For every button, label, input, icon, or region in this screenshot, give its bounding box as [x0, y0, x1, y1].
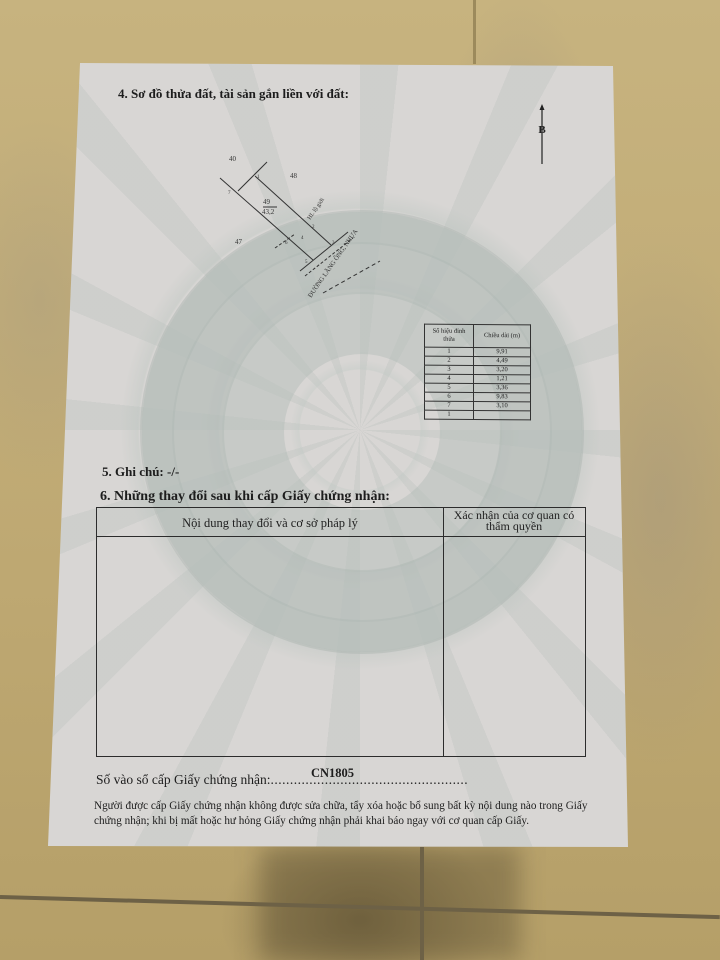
registry-label: Số vào sổ cấp Giấy chứng nhận: — [96, 772, 271, 787]
vertex-length-table: Số hiệu đỉnh thửa Chiều dài (m) 19,91 24… — [424, 324, 531, 421]
section-5-note: 5. Ghi chú: -/- — [102, 464, 179, 480]
svg-text:ĐƯỜNG LÃNG ÔNG, NHỰA: ĐƯỜNG LÃNG ÔNG, NHỰA — [306, 227, 360, 298]
north-arrow-icon: B — [536, 104, 548, 166]
tile-grout — [473, 0, 476, 64]
svg-text:1: 1 — [257, 175, 260, 180]
svg-text:40: 40 — [229, 155, 237, 163]
column-divider — [443, 508, 444, 756]
svg-text:47: 47 — [235, 238, 243, 246]
certificate-page: 4. Sơ đồ thửa đất, tài sản gắn liền với … — [0, 0, 720, 960]
parcel-diagram: 40 48 47 49 43,2 HL lộ giới ĐƯỜNG LÃNG Ô… — [215, 148, 395, 298]
registry-dots: ........................................… — [271, 772, 469, 787]
header-divider — [97, 536, 585, 537]
svg-text:7: 7 — [228, 191, 231, 196]
section-4-title: 4. Sơ đồ thửa đất, tài sản gắn liền với … — [118, 86, 349, 102]
svg-text:48: 48 — [290, 172, 298, 180]
svg-text:B: B — [538, 124, 546, 136]
length-header: Chiều dài (m) — [474, 324, 531, 347]
svg-text:2: 2 — [312, 225, 315, 230]
svg-text:43,2: 43,2 — [262, 208, 275, 216]
section-6-title: 6. Những thay đổi sau khi cấp Giấy chứng… — [100, 489, 390, 505]
table-row: 1 — [425, 410, 531, 420]
changes-content-header: Nội dung thay đổi và cơ sở pháp lý — [97, 516, 443, 531]
vertex-header: Số hiệu đỉnh thửa — [425, 324, 474, 347]
svg-text:6: 6 — [285, 241, 288, 246]
svg-text:HL lộ giới: HL lộ giới — [307, 197, 326, 221]
registry-number: CN1805 — [311, 766, 354, 781]
svg-text:49: 49 — [263, 198, 271, 206]
tile-grout — [420, 847, 424, 960]
registry-line: Số vào sổ cấp Giấy chứng nhận:..........… — [96, 772, 468, 788]
authority-confirmation-header: Xác nhận của cơ quan có thẩm quyền — [443, 510, 585, 532]
notice-text: Người được cấp Giấy chứng nhận không đượ… — [94, 799, 594, 829]
svg-text:4: 4 — [301, 236, 304, 241]
changes-table: Nội dung thay đổi và cơ sở pháp lý Xác n… — [96, 507, 586, 757]
